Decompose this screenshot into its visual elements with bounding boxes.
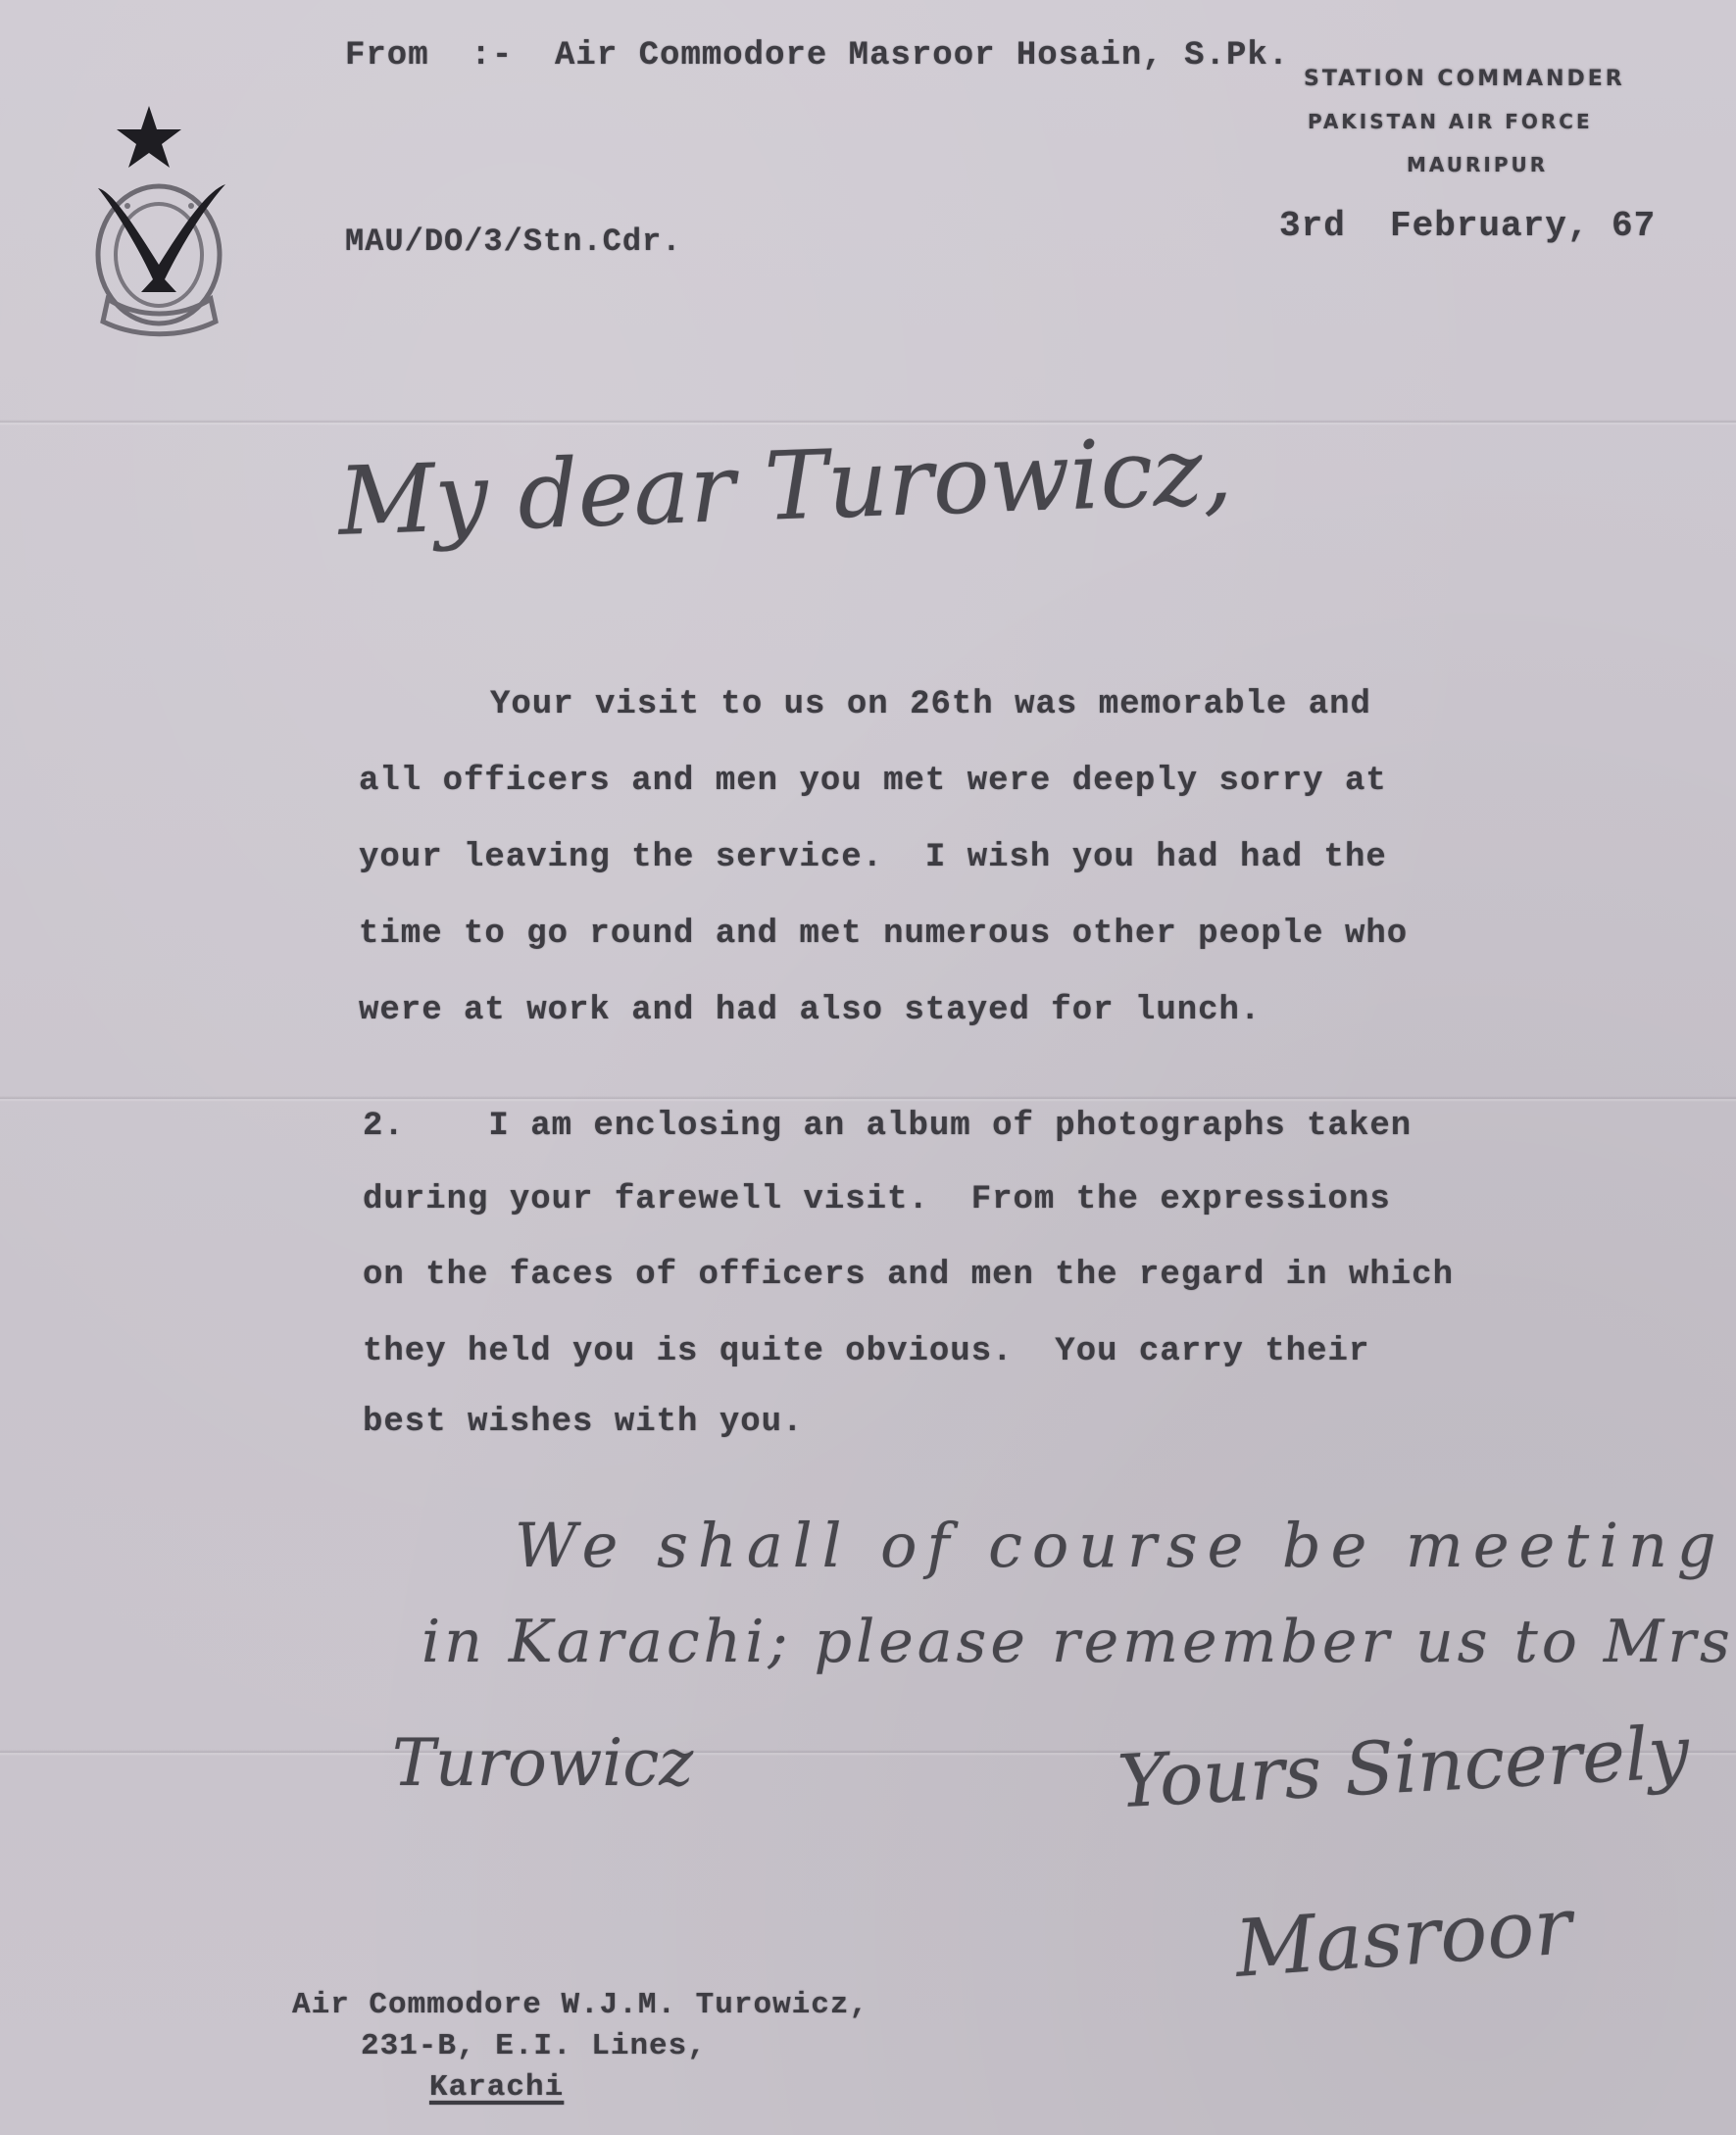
body-paragraph-2-line: best wishes with you. xyxy=(363,1404,803,1441)
addressee-name: Air Commodore W.J.M. Turowicz, xyxy=(292,1988,868,2022)
body-paragraph-1-line: your leaving the service. I wish you had… xyxy=(359,839,1387,876)
body-paragraph-1-line: Your visit to us on 26th was memorable a… xyxy=(490,686,1371,723)
from-line: From :- Air Commodore Masroor Hosain, S.… xyxy=(345,37,1289,74)
addressee-city: Karachi xyxy=(429,2070,564,2105)
handwritten-postscript-line: in Karachi; please remember us to Mrs. xyxy=(422,1608,1736,1676)
station-commander-title: STATION COMMANDER xyxy=(1304,67,1625,91)
letter-date: 3rd February, 67 xyxy=(1279,206,1656,246)
pakistan-air-force-title: PAKISTAN AIR FORCE xyxy=(1308,110,1593,133)
paper-fold-crease xyxy=(0,1096,1736,1102)
pakistan-air-force-crest-icon xyxy=(69,98,250,343)
body-paragraph-2-line: 2. I am enclosing an album of photograph… xyxy=(363,1108,1412,1145)
body-paragraph-1-line: were at work and had also stayed for lun… xyxy=(359,992,1261,1029)
handwritten-closing: Yours Sincerely xyxy=(1116,1711,1691,1824)
body-paragraph-1-line: all officers and men you met were deeply… xyxy=(359,763,1387,800)
body-paragraph-2-line: during your farewell visit. From the exp… xyxy=(363,1181,1391,1218)
body-paragraph-2-line: on the faces of officers and men the reg… xyxy=(363,1257,1454,1294)
body-paragraph-1-line: time to go round and met numerous other … xyxy=(359,916,1408,953)
reference-number: MAU/DO/3/Stn.Cdr. xyxy=(345,223,681,260)
letter-page: From :- Air Commodore Masroor Hosain, S.… xyxy=(0,0,1736,2135)
handwritten-postscript-line: We shall of course be meeting xyxy=(515,1510,1726,1581)
addressee-street: 231-B, E.I. Lines, xyxy=(361,2029,707,2063)
handwritten-salutation: My dear Turowicz, xyxy=(336,416,1234,557)
handwritten-signature: Masroor xyxy=(1232,1880,1574,1995)
handwritten-postscript-line: Turowicz xyxy=(392,1725,693,1801)
body-paragraph-2-line: they held you is quite obvious. You carr… xyxy=(363,1333,1369,1370)
paper-fold-crease xyxy=(0,420,1736,425)
mauripur-title: MAURIPUR xyxy=(1407,153,1548,176)
